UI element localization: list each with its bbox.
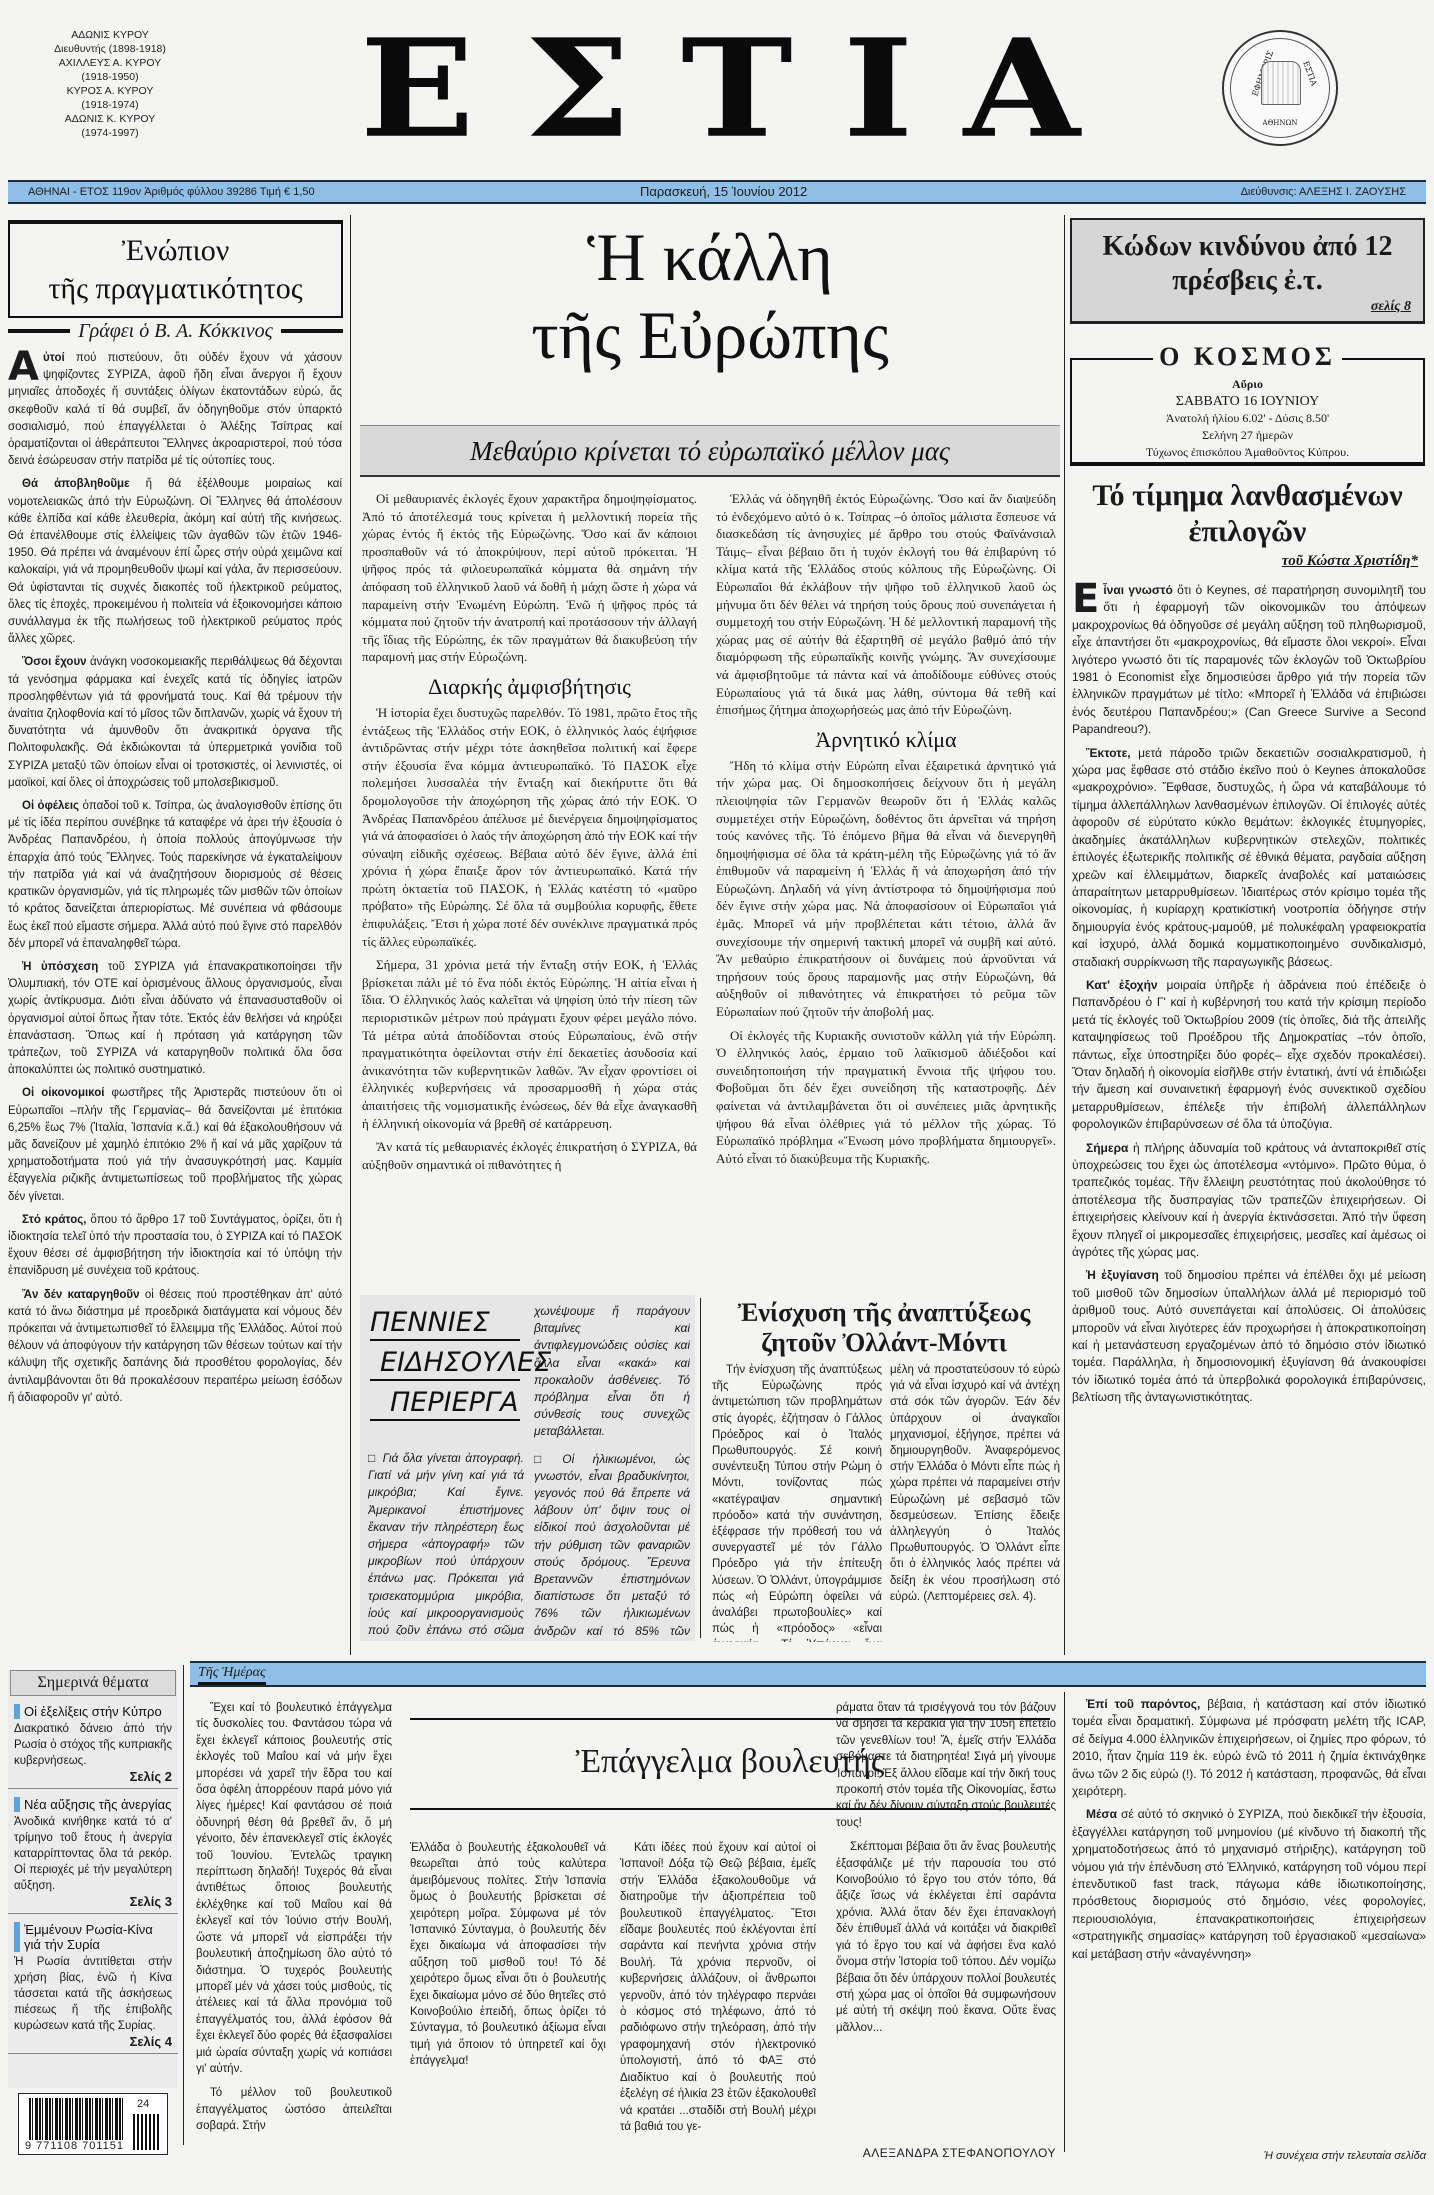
lead-article-col2: Ἑλλάς νά ὁδηγηθῆ ἐκτός Εὐρωζώνης. Ὅσο κα… xyxy=(716,490,1056,1290)
left-article-title-box: Ἐνώπιον τῆς πραγματικότητος xyxy=(8,220,343,318)
right-article-body: Εἶναι γνωστό ὅτι ὁ Keynes, σέ παρατήρηση… xyxy=(1072,582,1426,1652)
byline-rule xyxy=(281,329,343,333)
topic-title: Οἱ ἐξελίξεις στήν Κύπρο xyxy=(14,1704,172,1719)
paragraph: ὅτι ὁ Keynes, σέ παρατήρηση συνομιλητῆ τ… xyxy=(1072,583,1426,736)
topic-desc: Διακρατικό δάνειο ἀπό τήν Ρωσία ὁ στόχος… xyxy=(14,1721,172,1769)
lead-word: Ἔκτοτε, xyxy=(1086,746,1131,760)
paragraph: μέλη νά προστατεύσουν τό εὐρώ γιά νά εἶν… xyxy=(890,1362,1060,1605)
topic-item[interactable]: Νέα αὔξησις τῆς ἀνεργίας Ἀνοδικά κινήθηκ… xyxy=(8,1789,178,1914)
imeras-col1: Ἔχει καί τό βουλευτικό ἐπάγγελμα τίς δυσ… xyxy=(196,1700,392,2170)
topic-page[interactable]: Σελίς 3 xyxy=(14,1894,172,1909)
founder-years: (1974-1997) xyxy=(20,126,200,140)
paragraph: πού πιστεύουν, ὅτι οὐδέν ἔχουν νά χάσουν… xyxy=(8,352,342,467)
misc-item: Γιά ὅλα γίνεται ἀπογραφή. Γιατί νά μήν γ… xyxy=(368,1451,524,1635)
paragraph: μετά πάροδο τριῶν δεκαετιῶν σοσιαλκρατισ… xyxy=(1072,746,1426,969)
hollande-monti-headline: Ἐνίσχυση τῆς ἀναπτύξεως ζητοῦν Ὀλλάντ-Μό… xyxy=(708,1298,1060,1358)
column-divider xyxy=(700,1298,701,1638)
lead-headline-line1: Ἡ κάλλη xyxy=(360,218,1060,296)
imeras-col3: Κάτι ἰδέες πού ἔχουν καί αὐτοί οἱ Ἰσπανο… xyxy=(620,1840,816,2170)
topic-title: Νέα αὔξησις τῆς ἀνεργίας xyxy=(14,1797,172,1812)
checkbox-bullet-icon xyxy=(534,1452,562,1466)
paragraph: τοῦ δημοσίου πρέπει νά ἐπέλθει ὄχι μέ με… xyxy=(1072,1268,1426,1404)
pennies-news-box: ΠΕΝΝΙΕΣ ΕΙΔΗΣΟΥΛΕΣ ΠΕΡΙΕΡΓΑ Γιά ὅλα γίνε… xyxy=(360,1295,695,1641)
right-article-byline: τοῦ Κώστα Χριστίδη* xyxy=(1070,553,1418,570)
barcode-icon: 9 771108 701151 24 xyxy=(18,2093,168,2155)
misc-title-word: ΠΕΡΙΕΡΓΑ xyxy=(370,1387,520,1421)
kosmos-line: Ἀνατολή ἡλίου 6.02' - Δύσις 8.50' xyxy=(1072,410,1423,427)
lead-word: Ἐπί τοῦ παρόντος, xyxy=(1086,1697,1200,1711)
misc-title-word: ΠΕΝΝΙΕΣ xyxy=(370,1307,520,1341)
imeras-col4: ράματα ὅταν τά τρισέγγονά του τόν βάζουν… xyxy=(836,1700,1056,2140)
topic-title: Ἐμμένουν Ρωσία-Κίνα γιά τήν Συρία xyxy=(14,1922,172,1952)
logo-letter: Ι xyxy=(843,36,913,142)
lead-word: Οἱ οἰκονομικοί xyxy=(22,1087,104,1099)
kosmos-line: Τύχωνος ἐπισκόπου Ἀμαθοῦντος Κύπρου. xyxy=(1072,444,1423,461)
lead-word: ἶναι γνωστό xyxy=(1103,583,1172,597)
paragraph: ὁπαδοί τοῦ κ. Τσίπρα, ὡς ἀναλογισθοῦν ἐπ… xyxy=(8,800,342,950)
lead-headline: Ἡ κάλλη τῆς Εὐρώπης xyxy=(360,218,1060,374)
o-kosmos-box: Ο ΚΟΣΜΟΣ Αὔριο ΣΑΒΒΑΤΟ 16 ΙΟΥΝΙΟΥ Ἀνατολ… xyxy=(1070,358,1425,466)
lead-word: Ἡ ὑπόσχεση xyxy=(22,961,98,973)
founder-name: ΑΔΩΝΙΣ ΚΥΡΟΥ xyxy=(20,28,200,42)
paragraph: μοιραία ὑπῆρξε ἡ ἀδράνεια πού ἐπέδειξε ὁ… xyxy=(1072,978,1426,1131)
topic-item[interactable]: Ἐμμένουν Ρωσία-Κίνα γιά τήν Συρία Ἡ Ρωσί… xyxy=(8,1914,178,2054)
paragraph: σέ αὐτό τό σκηνικό ὁ ΣΥΡΙΖΑ, πού διεκδικ… xyxy=(1072,1807,1426,1960)
logo-letter: Ε xyxy=(360,36,474,142)
lead-word: Σήμερα xyxy=(1086,1141,1128,1155)
kosmos-line: Αὔριο xyxy=(1072,376,1423,393)
coin-seal-icon: ΕΦΗΜΕΡΙΣ ΕΣΤΙΑ ΑΘΗΝΩΝ xyxy=(1222,30,1338,146)
founder-name: ΑΧΙΛΛΕΥΣ Α. ΚΥΡΟΥ xyxy=(20,56,200,70)
seal-text-bottom: ΑΘΗΝΩΝ xyxy=(1231,119,1329,127)
column-divider xyxy=(1064,215,1065,1655)
dropcap: Α xyxy=(8,350,39,384)
lead-word: Θά ἀποβληθοῦμε xyxy=(22,478,130,490)
topics-header: Σημερινά θέματα xyxy=(10,1670,176,1696)
lead-subtitle: Μεθαύριο κρίνεται τό εὐρωπαϊκό μέλλον μα… xyxy=(360,425,1060,477)
kosmos-title-wrap: Ο ΚΟΣΜΟΣ xyxy=(1072,342,1423,372)
lead-word: Ἡ ἐξυγίανση xyxy=(1086,1268,1159,1282)
column-divider xyxy=(1064,1692,1065,2152)
kosmos-line: Σελήνη 27 ἡμερῶν xyxy=(1072,427,1423,444)
barcode-number: 9 771108 701151 xyxy=(25,2140,124,2152)
lead-word: ὐτοί xyxy=(43,352,65,364)
tis-imeras-band: Τῆς Ἡμέρας xyxy=(190,1661,1426,1687)
logo-letter: Α xyxy=(964,36,1080,142)
paragraph: Σήμερα, 31 χρόνια μετά τήν ἔνταξη στήν Ε… xyxy=(362,956,697,1132)
paragraph: βέβαια, ἡ κατάσταση καί στόν ἰδιωτικό το… xyxy=(1072,1697,1426,1798)
continued-note[interactable]: Ἡ συνέχεια στήν τελευταία σελίδα xyxy=(1072,2150,1426,2162)
barcode-addon-number: 24 xyxy=(137,2098,149,2110)
paragraph: Τό μέλλον τοῦ βουλευτικοῦ ἐπαγγέλματος ὡ… xyxy=(196,2085,392,2134)
kosmos-title: Ο ΚΟΣΜΟΣ xyxy=(1153,342,1342,371)
issue-number: ΑΘΗΝΑΙ - ΕΤΟΣ 119ον Ἀριθμός φύλλου 39286… xyxy=(28,182,315,202)
dropcap: Ε xyxy=(1072,582,1099,616)
paragraph: ἀνάγκη νοσοκομειακῆς περιθάλψεως θά δέχο… xyxy=(8,656,342,788)
misc-title-word: ΕΙΔΗΣΟΥΛΕΣ xyxy=(370,1347,520,1381)
subheading: Διαρκής ἀμφισβήτησις xyxy=(362,672,697,702)
hollande-col1: Τήν ἐνίσχυση τῆς ἀναπτύξεως τῆς Εὐρωζώνη… xyxy=(712,1362,882,1642)
topic-desc: Ἡ Ρωσία ἀντιτίθεται στήν χρήση βίας, ἐνῶ… xyxy=(14,1954,172,2034)
left-article-title-line1: Ἐνώπιον xyxy=(10,224,341,270)
newspaper-logo: Ε Σ Τ Ι Α xyxy=(360,30,1080,148)
misc-box-title: ΠΕΝΝΙΕΣ ΕΙΔΗΣΟΥΛΕΣ ΠΕΡΙΕΡΓΑ xyxy=(370,1307,520,1427)
topic-page[interactable]: Σελίς 2 xyxy=(14,1769,172,1784)
logo-letter: Τ xyxy=(681,36,793,142)
misc-col2: χωνέψουμε ἤ παράγουν βιταμίνες καί ἀντιφ… xyxy=(534,1303,690,1638)
right-article-title: Τό τίμημα λανθασμένων ἐπιλογῶν xyxy=(1070,478,1425,550)
ambassadors-teaser-box[interactable]: Κώδων κινδύνου ἀπό 12 πρέσβεις ἐ.τ. σελί… xyxy=(1070,218,1425,324)
byline-rule xyxy=(8,329,70,333)
paragraph: οἱ θέσεις πού προστέθηκαν ἀπ' αὐτό κατά … xyxy=(8,1289,342,1404)
founder-years: (1918-1950) xyxy=(20,70,200,84)
founder-years: (1918-1974) xyxy=(20,98,200,112)
founders-list: ΑΔΩΝΙΣ ΚΥΡΟΥ Διευθυντής (1898-1918) ΑΧΙΛ… xyxy=(20,28,200,140)
director-name: Διεύθυνσις: ΑΛΕΞΗΣ Ι. ΖΑΟΥΣΗΣ xyxy=(1241,182,1406,202)
topic-item[interactable]: Οἱ ἐξελίξεις στήν Κύπρο Διακρατικό δάνει… xyxy=(8,1696,178,1789)
column-divider xyxy=(183,1665,184,2145)
checkbox-bullet-icon xyxy=(368,1451,383,1465)
issue-info-bar: ΑΘΗΝΑΙ - ΕΤΟΣ 119ον Ἀριθμός φύλλου 39286… xyxy=(8,180,1426,204)
paragraph: Ἡ ἱστορία ἔχει δυστυχῶς παρελθόν. Τό 198… xyxy=(362,704,697,950)
founder-name: ΚΥΡΟΣ Α. ΚΥΡΟΥ xyxy=(20,84,200,98)
left-article-body: Αὐτοί πού πιστεύουν, ὅτι οὐδέν ἔχουν νά … xyxy=(8,350,342,1615)
paragraph: Ἑλλάς νά ὁδηγηθῆ ἐκτός Εὐρωζώνης. Ὅσο κα… xyxy=(716,490,1056,719)
paragraph: Σκέπτομαι βέβαια ὅτι ἄν ἔνας βουλευτής ἐ… xyxy=(836,1839,1056,2036)
teaser-page-link[interactable]: σελίς 8 xyxy=(1371,299,1411,315)
lead-word: Ἄν δέν καταργηθοῦν xyxy=(22,1289,140,1301)
left-article-title-line2: τῆς πραγματικότητος xyxy=(10,270,341,308)
issue-date: Παρασκευή, 15 Ἰουνίου 2012 xyxy=(640,182,807,202)
seal-text-right: ΕΣΤΙΑ xyxy=(1301,60,1318,87)
founder-name: ΑΔΩΝΙΣ Κ. ΚΥΡΟΥ xyxy=(20,112,200,126)
lead-word: Κατ' ἐξοχήν xyxy=(1086,978,1158,992)
paragraph: Οἱ μεθαυριανές ἐκλογές ἔχουν χαρακτῆρα δ… xyxy=(362,490,697,666)
teaser-headline: Κώδων κινδύνου ἀπό 12 πρέσβεις ἐ.τ. xyxy=(1072,220,1423,298)
left-article-byline: Γράφει ὁ Β. Α. Κόκκινος xyxy=(8,320,343,342)
imeras-col2: Ἑλλάδα ὁ βουλευτής ἐξακολουθεῖ νά θεωρεῖ… xyxy=(410,1840,606,2170)
lead-word: Ὅσοι ἔχουν xyxy=(22,656,87,668)
paragraph: ἤ θά ἐξέλθουμε μοιραίως καί νομοτελειακῶ… xyxy=(8,478,342,645)
barcode-bars xyxy=(29,2098,125,2140)
article-author: ΑΛΕΞΑΝΔΡΑ ΣΤΕΦΑΝΟΠΟΥΛΟΥ xyxy=(836,2146,1056,2160)
paragraph: Ἤδη τό κλίμα στήν Εὐρώπη εἶναι ἐξαιρετικ… xyxy=(716,757,1056,1021)
right-article-body-cont: Ἐπί τοῦ παρόντος, βέβαια, ἡ κατάσταση κα… xyxy=(1072,1696,1426,2126)
paragraph: Κάτι ἰδέες πού ἔχουν καί αὐτοί οἱ Ἰσπανο… xyxy=(620,1840,816,2135)
subheading: Ἀρνητικό κλίμα xyxy=(716,725,1056,755)
founder-years: Διευθυντής (1898-1918) xyxy=(20,42,200,56)
lead-word: Οἱ ὀφέλεις xyxy=(22,800,79,812)
misc-item-cont: χωνέψουμε ἤ παράγουν βιταμίνες καί ἀντιφ… xyxy=(534,1303,690,1441)
topic-page[interactable]: Σελίς 4 xyxy=(14,2034,172,2049)
byline-text: Γράφει ὁ Β. Α. Κόκκινος xyxy=(78,320,273,343)
paragraph: φωστῆρες τῆς Ἀριστερᾶς πιστεύουν ὅτι οἱ … xyxy=(8,1087,342,1202)
logo-letter: Σ xyxy=(525,36,631,142)
paragraph: Ἑλλάδα ὁ βουλευτής ἐξακολουθεῖ νά θεωρεῖ… xyxy=(410,1840,606,2070)
lead-article-col1: Οἱ μεθαυριανές ἐκλογές ἔχουν χαρακτῆρα δ… xyxy=(362,490,697,1290)
column-divider xyxy=(350,215,351,1655)
paragraph: Ἄν κατά τίς μεθαυριανές ἐκλογές ἐπικρατή… xyxy=(362,1138,697,1173)
lead-word: Στό κράτος, xyxy=(22,1214,86,1226)
section-label: Τῆς Ἡμέρας xyxy=(198,1664,266,1685)
paragraph: ἡ πλήρης ἀδυναμία τοῦ κράτους νά ἀνταποκ… xyxy=(1072,1141,1426,1259)
paragraph: τοῦ ΣΥΡΙΖΑ γιά ἐπανακρατικοποίησει τῆν Ὀ… xyxy=(8,961,342,1076)
paragraph: Οἱ ἐκλογές τῆς Κυριακῆς συνιστοῦν κάλλη … xyxy=(716,1027,1056,1168)
paragraph: ράματα ὅταν τά τρισέγγονά του τόν βάζουν… xyxy=(836,1700,1056,1831)
kosmos-line: ΣΑΒΒΑΤΟ 16 ΙΟΥΝΙΟΥ xyxy=(1072,393,1423,410)
hollande-col2: μέλη νά προστατεύσουν τό εὐρώ γιά νά εἶν… xyxy=(890,1362,1060,1642)
misc-item: Οἱ ἡλικιωμένοι, ὡς γνωστόν, εἶναι βραδυκ… xyxy=(534,1452,690,1638)
paragraph: Ἔχει καί τό βουλευτικό ἐπάγγελμα τίς δυσ… xyxy=(196,1700,392,2077)
seal-figures xyxy=(1261,61,1301,105)
todays-topics-sidebar: Σημερινά θέματα Οἱ ἐξελίξεις στήν Κύπρο … xyxy=(8,1670,178,2088)
barcode-addon-bars xyxy=(133,2114,161,2150)
lead-headline-line2: τῆς Εὐρώπης xyxy=(360,296,1060,374)
misc-col1: Γιά ὅλα γίνεται ἀπογραφή. Γιατί νά μήν γ… xyxy=(368,1450,524,1635)
lead-word: Μέσα xyxy=(1086,1807,1117,1821)
paragraph: Τήν ἐνίσχυση τῆς ἀναπτύξεως τῆς Εὐρωζώνη… xyxy=(712,1362,882,1642)
topic-desc: Ἀνοδικά κινήθηκε κατά τό α' τρίμηνο τοῦ … xyxy=(14,1814,172,1894)
